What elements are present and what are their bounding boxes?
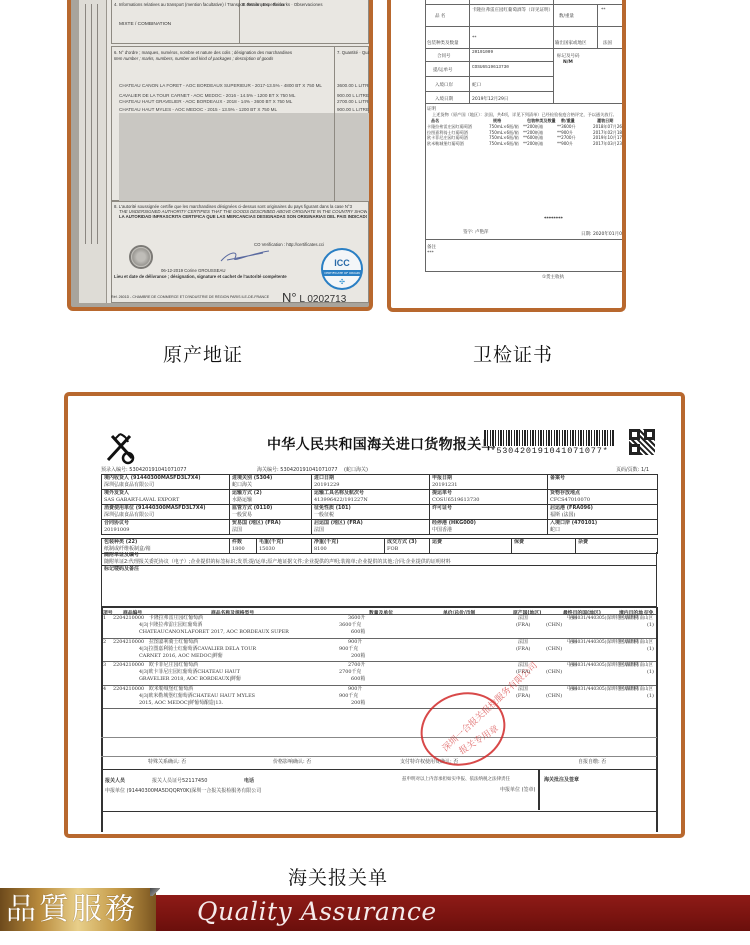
goods-q3: 200箱	[351, 700, 365, 707]
goods-q2: 2700千克	[339, 669, 361, 676]
caption-health-certificate: 卫检证书	[473, 340, 553, 367]
grid-cell: 提运单号COSU6519613730	[430, 490, 548, 505]
grid-row: 境外发货人SAS GABART-LAVAL EXPORT运输方式 (2)水路运输…	[102, 490, 658, 505]
caption-certificate-of-origin: 原产地证	[163, 340, 243, 367]
goods-levy: 照章征税	[619, 639, 639, 646]
goods-qty: 2700.00 L LITRE(S) - LITER(S)	[337, 99, 369, 104]
box5-label: 5. Remarques · Remarks · Observaciones	[242, 2, 322, 7]
hc-value-bl: COSU6519613730	[472, 65, 509, 70]
goods-code: 2204210000	[113, 686, 144, 693]
customs-declaration-image: 中华人民共和国海关进口货物报关单 *530420191041071077* 预录…	[64, 392, 685, 838]
hc-label-marks: 标记及号码	[557, 53, 580, 59]
goods-q1: 2700升	[348, 662, 365, 669]
goods-levy-code: (1)	[647, 669, 654, 676]
grid-cell: 经停港 (HKG000)中国香港	[430, 520, 548, 535]
hc-label-contract: 合同号	[437, 53, 451, 59]
goods-q2: 900千克	[339, 693, 358, 700]
goods-row: 22204210000拉图嘉利骑士红葡萄酒4|3|拉图嘉利骑士红葡萄酒CAVAL…	[101, 639, 657, 663]
certificate-number: N° L 0202713	[282, 290, 346, 305]
goods-levy: 照章征税	[619, 686, 639, 693]
goods-row: 32204210000欧卡菲尼庄园红葡萄酒4|3|欧卡菲尼庄园红葡萄酒CHATE…	[101, 662, 657, 686]
goods-q1: 3600升	[348, 615, 365, 622]
goods-q3: 600箱	[351, 676, 365, 683]
verification-text: CO Verification : http://certificates.cc…	[254, 242, 324, 247]
goods-dest-code: (CHN)	[546, 622, 562, 629]
goods-qty: 900.00 L LITRE(S) - LITER(S)	[337, 93, 369, 98]
hc-footer: ①货主收执	[542, 274, 564, 280]
customs-office: (蛇口海关)	[344, 466, 368, 473]
health-certificate-paper: 品 名 卡隆拉弗雷庄园红葡萄酒等（详见证明） 数/重量 ** 包装种类及数量 *…	[397, 0, 620, 304]
goods-origin: 法国	[518, 639, 528, 646]
goods-q1: 900升	[348, 686, 362, 693]
grid-cell: 消费使用单位 (91440300MA5FD3L7X4)深圳弘康食品有限公司	[102, 505, 230, 520]
goods-name3: CHATEAUCANONLAFORET 2017, AOC BORDEAUX S…	[139, 629, 289, 636]
goods-q1: 900升	[348, 639, 362, 646]
grid-cell: 进口日期20191229	[312, 475, 430, 490]
statement: 兹申明对以上内容承担如实申报、依法纳税之法律责任	[402, 776, 510, 782]
goods-q2: 900千克	[339, 646, 358, 653]
goods-levy-code: (1)	[647, 622, 654, 629]
goods-no: 4	[103, 686, 106, 693]
hc-signer: 签字: 卢艳萍	[463, 229, 488, 235]
grid-cell: 监管方式 (0110)一般贸易	[230, 505, 312, 520]
hc-stars: ********	[544, 217, 563, 222]
hc-value-contract: 20191009	[472, 50, 493, 55]
certificate-paper: 4. Informations relatives au transport (…	[79, 0, 369, 303]
goods-name3: CARNET 2016, AOC MEDOC|鲜葡	[139, 653, 223, 660]
goods-name1: 欧卡菲尼庄园红葡萄酒	[149, 662, 198, 669]
grid-cell: 入境口岸 (470101)蛇口	[548, 520, 658, 535]
goods-origin: 法国	[518, 615, 528, 622]
hc-value-weight: **	[601, 8, 606, 13]
unit-seal-label: 申报单位 (签章)	[500, 786, 536, 793]
goods-q3: 200箱	[351, 653, 365, 660]
hc-label-port: 入境口岸	[435, 82, 453, 88]
grid-row: 境内收货人 (91440300MA5FD3L7X4)深圳弘康食品有限公司进境关别…	[102, 475, 658, 490]
certificate-side-strip	[79, 0, 107, 303]
goods-name3: 2015, AOC MEDOC|鲜葡萄酿造|13.	[139, 700, 223, 707]
hc-label-bl: 提/运单号	[433, 67, 453, 73]
goods-qty: 3600.00 L LITRE(S) - LITER(S)	[337, 83, 369, 88]
goods-name2: 4|3|拉图嘉利骑士红葡萄酒CAVALIER DELA TOUR	[139, 646, 256, 653]
goods-code: 2204210000	[113, 662, 144, 669]
hc-label-product: 品 名	[435, 13, 445, 19]
hc-item-cell: **200纸箱	[523, 141, 543, 147]
hc-value-package: **	[472, 36, 477, 41]
hc-item-cell: 欧米勒城堡红葡萄酒	[427, 141, 464, 147]
goods-q3: 600箱	[351, 629, 365, 636]
goods-name1: 卡隆拉弗雷庄园红葡萄酒	[149, 615, 203, 622]
goods-row: 42204210000欧米勒城堡红葡萄酒4|3|欧米勒城堡红葡萄酒CHATEAU…	[101, 686, 657, 710]
grid-cell: 许可证号	[430, 505, 548, 520]
declarant-cert: 报关人员证号52117450	[152, 777, 207, 784]
hc-value-port: 蛇口	[472, 82, 481, 88]
marks-remarks: 标记唛码及备注	[101, 566, 657, 607]
customs-remarks-label: 海关批注及签章	[544, 776, 579, 783]
grid-cell: 境外发货人SAS GABART-LAVAL EXPORT	[102, 490, 230, 505]
special-relation-confirm: 特殊关系确认: 否	[148, 758, 186, 765]
grid-row: 消费使用单位 (91440300MA5FD3L7X4)深圳弘康食品有限公司监管方…	[102, 505, 658, 520]
price-influence-confirm: 价格影响确认: 否	[273, 758, 311, 765]
hc-proof-text: 上述货物（原产国（地区）：法国，共4项，详见下列清单）已经检验检疫合格评定，予以…	[432, 112, 617, 118]
preentry-number: 预录入编号: 530420191041071077	[101, 466, 187, 473]
goods-row: 12204210000卡隆拉弗雷庄园红葡萄酒4|3|卡隆拉弗雷庄园红葡萄酒CHA…	[101, 615, 657, 639]
certificate-of-origin-image: 4. Informations relatives au transport (…	[67, 0, 373, 311]
goods-dest-code: (CHN)	[546, 669, 562, 676]
declaring-unit: 申报单位 (91440300MA5DQQRY0K)深圳一合报关报检服务有限公司	[105, 787, 261, 794]
hc-label-country: 输出国家或地区	[555, 40, 587, 46]
customs-emblem-icon	[102, 430, 138, 466]
hc-item-cell: 750mL×6瓶/箱	[489, 141, 519, 147]
goods-q2: 3600千克	[339, 622, 361, 629]
hc-value-product: 卡隆拉弗雷庄园红葡萄酒等（详见证明）	[472, 8, 552, 13]
goods-code: 2204210000	[113, 639, 144, 646]
hc-label-weight: 数/重量	[559, 13, 574, 19]
page-count: 页码/页数: 1/1	[616, 466, 649, 473]
hc-date: 日期: 2020年01月02日	[581, 231, 626, 237]
goods-table: 12204210000卡隆拉弗雷庄园红葡萄酒4|3|卡隆拉弗雷庄园红葡萄酒CHA…	[101, 615, 657, 709]
goods-domestic: (44031/440305)深圳特区/深圳市南山区	[570, 639, 653, 646]
hc-label-date: 入境日期	[435, 96, 453, 102]
box6-sublabel: Item number ; marks, numbers, number and…	[114, 56, 332, 61]
goods-levy-code: (1)	[647, 646, 654, 653]
goods-name3: GRAVELIER 2018, AOC BORDEAUX|鲜葡	[139, 676, 241, 683]
goods-line: CHATEAU HAUT GRAVELIER - AOC BORDEAUX - …	[119, 99, 333, 104]
goods-line: CHATEAU CANON LA FORET - AOC BORDEAUX SU…	[119, 83, 333, 88]
health-certificate-image: 品 名 卡隆拉弗雷庄园红葡萄酒等（详见证明） 数/重量 ** 包装种类及数量 *…	[387, 0, 626, 312]
crossed-out-area	[119, 113, 369, 201]
caption-customs-declaration: 海关报关单	[288, 863, 388, 890]
hc-value-date: 2019年12月29日	[472, 96, 508, 102]
goods-code: 2204210000	[113, 615, 144, 622]
hc-item-cell: **900升	[557, 141, 573, 147]
chamber-stamp-icon	[129, 245, 153, 269]
declaration-title: 中华人民共和国海关进口货物报关单	[267, 434, 496, 454]
signature-icon	[219, 248, 271, 264]
grid-cell: 申报日期20191231	[430, 475, 548, 490]
box7-label: 7. Quantité · Quantity · Cantidad	[337, 50, 369, 55]
goods-table-header: 项号商品编号商品名称及规格型号数量及单位单价/总价/币制原产国(地区)最终目的国…	[101, 607, 657, 615]
crossed-out-divider	[334, 113, 335, 201]
declaration-footer: 报关人员 报关人员证号52117450 电话 兹申明对以上内容承担如实申报、依法…	[101, 769, 657, 812]
goods-levy: 照章征税	[619, 615, 639, 622]
goods-origin-code: (FRA)	[516, 622, 530, 629]
goods-no: 1	[103, 615, 106, 622]
goods-no: 2	[103, 639, 106, 646]
goods-dest-code: (CHN)	[546, 693, 562, 700]
grid-cell: 征免性质 (101)一般征税	[312, 505, 430, 520]
banner-cn-title: 品質服務	[6, 891, 138, 929]
hc-label-package: 包装种类及数量	[427, 40, 459, 46]
goods-origin-code: (FRA)	[516, 646, 530, 653]
grid-cell: 合同协议号20191009	[102, 520, 230, 535]
goods-domestic: (44031/440305)深圳特区/深圳市南山区	[570, 615, 653, 622]
phone-label: 电话	[244, 777, 254, 784]
hc-value-country: 法国	[603, 40, 612, 46]
quality-assurance-banner: 品質服務 Quality Assurance	[0, 888, 750, 936]
goods-name1: 欧米勒城堡红葡萄酒	[149, 686, 193, 693]
goods-name2: 4|3|欧米勒城堡红葡萄酒CHATEAU HAUT MYLES	[139, 693, 255, 700]
declaration-grid: 境内收货人 (91440300MA5FD3L7X4)深圳弘康食品有限公司进境关别…	[101, 474, 658, 535]
banner-fold	[150, 888, 160, 896]
customs-number: 海关编号: 530420191041071077	[257, 466, 338, 473]
grid-cell: 启运港 (FRA096)福斯 (法国)	[548, 505, 658, 520]
grid-cell: 备案号	[548, 475, 658, 490]
grid-cell: 贸易国 (地区) (FRA)法国	[230, 520, 312, 535]
goods-qty: 900.00 L LITRE(S) - LITER(S)	[337, 107, 369, 112]
issue-date: 06-12-2019 Corine GROUSSEAU	[161, 268, 225, 273]
goods-levy: 照章征税	[619, 662, 639, 669]
barcode-icon	[484, 430, 615, 446]
banner-en-title: Quality Assurance	[197, 896, 437, 928]
grid-cell: 货物存放地点CFCS47010070	[548, 490, 658, 505]
hc-remarks-value: ***	[427, 251, 434, 256]
goods-name2: 4|3|欧卡菲尼庄园红葡萄酒CHATEAU HAUT	[139, 669, 240, 676]
grid-row: 合同协议号20191009贸易国 (地区) (FRA)法国启运国 (地区) (F…	[102, 520, 658, 535]
grid-cell: 运输工具名称及航次号413996422/191227N	[312, 490, 430, 505]
box8-es: LA AUTORIDAD INFRASCRITA CERTIFICA QUE L…	[119, 214, 367, 219]
attached-documents: 随附单证及编号 随附单证2:代理报关委托协议（电子）;企业提供的标签标识;发票;…	[101, 552, 657, 566]
place-label: Lieu et date de délivrance ; désignation…	[114, 274, 324, 279]
goods-domestic: (44031/440305)深圳特区/深圳市南山区	[570, 686, 653, 693]
qr-code-icon	[629, 429, 655, 455]
goods-name1: 拉图嘉利骑士红葡萄酒	[149, 639, 198, 646]
goods-name2: 4|3|卡隆拉弗雷庄园红葡萄酒	[139, 622, 202, 629]
grid-cell: 运输方式 (2)水路运输	[230, 490, 312, 505]
barcode-number: *530420191041071077*	[484, 446, 615, 456]
box4-value: MIXTE / COMBINATION	[119, 22, 171, 27]
declarant-label: 报关人员	[105, 777, 125, 784]
goods-origin-code: (FRA)	[516, 693, 530, 700]
icc-badge-icon: ICC CERTIFICATE OF ORIGIN ✣	[321, 248, 363, 290]
goods-line: CHATEAU HAUT MYLES - AOC MEDOC - 2015 - …	[119, 107, 333, 112]
self-declare-confirm: 自报自缴: 否	[578, 758, 606, 765]
grid-cell: 启运国 (地区) (FRA)法国	[312, 520, 430, 535]
grid-cell: 境内收货人 (91440300MA5FD3L7X4)深圳弘康食品有限公司	[102, 475, 230, 490]
goods-domestic: (44031/440305)深圳特区/深圳市南山区	[570, 662, 653, 669]
goods-no: 3	[103, 662, 106, 669]
hc-value-marks: N/M	[563, 60, 573, 65]
chamber-text: Réf. 2601D - CHAMBRE DE COMMERCE ET D'IN…	[111, 295, 271, 300]
goods-dest-code: (CHN)	[546, 646, 562, 653]
grid-cell: 进境关别 (5304)蛇口海关	[230, 475, 312, 490]
box6-label: 6. N° d'ordre ; marques, numéros, nombre…	[114, 50, 332, 55]
goods-levy-code: (1)	[647, 693, 654, 700]
hc-remarks-label: 备注	[427, 244, 436, 250]
goods-line: CAVALIER DE LA TOUR CARNET - AOC MEDOC -…	[119, 93, 333, 98]
hc-item-cell: 2017年03月23日	[593, 141, 626, 147]
